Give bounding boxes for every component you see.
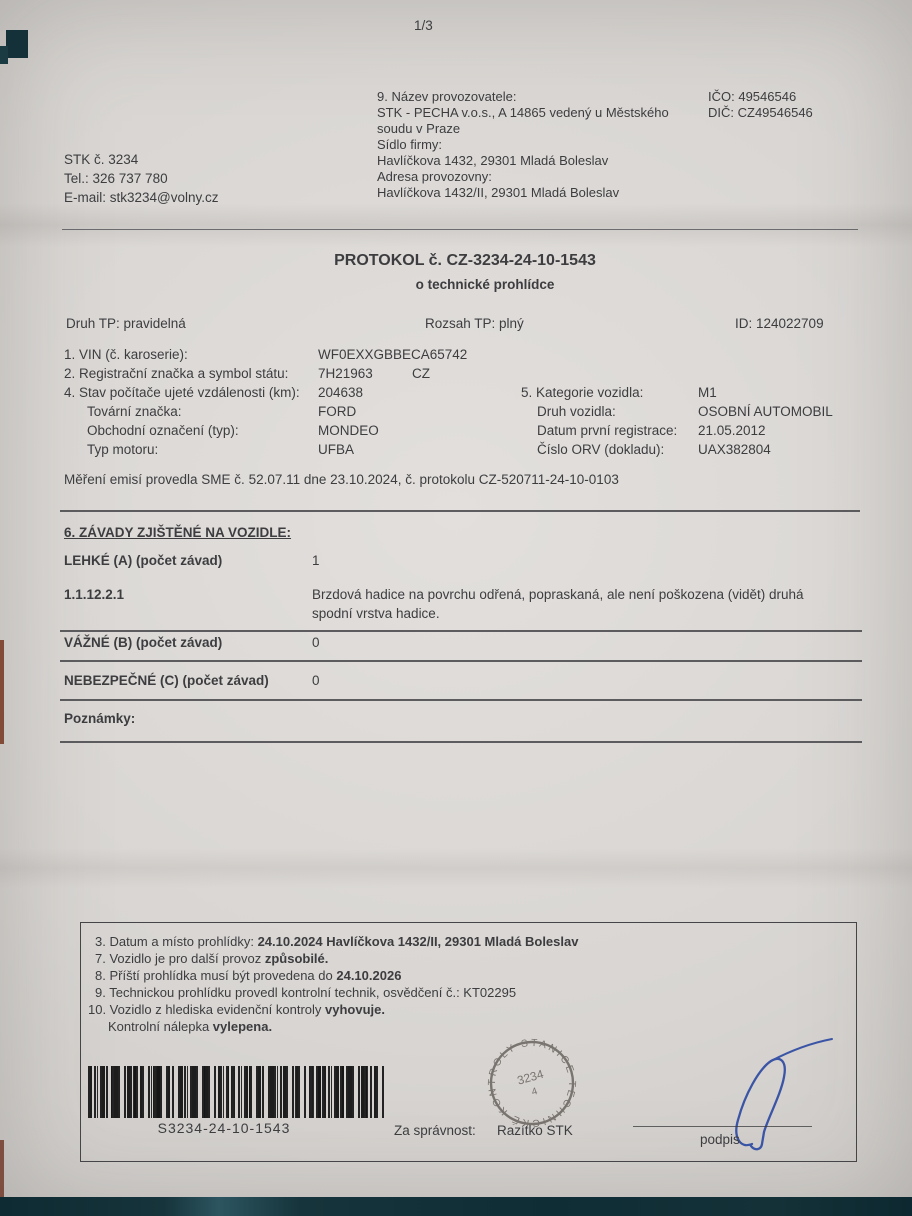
defect-description-line2: spodní vrstva hadice. [312, 605, 440, 622]
divider-after-vazne [60, 660, 862, 662]
poznamky-label: Poznámky: [64, 710, 135, 727]
meta-rozsah-tp: Rozsah TP: plný [425, 315, 524, 332]
conclusion-item-3: 3. Datum a místo prohlídky: 24.10.2024 H… [95, 933, 578, 950]
defects-lehke-count: 1 [312, 552, 320, 569]
vehicle-row-value: WF0EXXGBBECA65742 [318, 346, 467, 363]
operator-name-line1: STK - PECHA v.o.s., A 14865 vedený u Měs… [377, 105, 669, 122]
station-email: E-mail: stk3234@volny.cz [64, 189, 219, 208]
operator-sidlo-label: Sídlo firmy: [377, 137, 442, 154]
conclusion-item-7: 7. Vozidlo je pro další provoz způsobilé… [95, 950, 328, 967]
vehicle-row-value: OSOBNÍ AUTOMOBIL [698, 403, 833, 420]
conclusion-item-9: 9. Technickou prohlídku provedl kontroln… [95, 984, 516, 1001]
vehicle-row-value: 204638 [318, 384, 363, 401]
divider-header [62, 229, 858, 230]
defect-description-line1: Brzdová hadice na povrchu odřená, popras… [312, 586, 804, 603]
vehicle-row-label: Obchodní označení (typ): [87, 422, 239, 439]
protocol-subtitle: o technické prohlídce [0, 276, 912, 293]
photo-bottom-dark-bar [0, 1197, 912, 1216]
photo-edge-red-sliver-lower [0, 1140, 4, 1198]
vehicle-row-value: UFBA [318, 441, 354, 458]
operator-dic: DIČ: CZ49546546 [708, 105, 813, 122]
conclusion-sticker-label: Kontrolní nálepka [108, 1019, 213, 1034]
emissions-note: Měření emisí provedla SME č. 52.07.11 dn… [64, 471, 619, 488]
defects-vazne-count: 0 [312, 634, 320, 651]
vehicle-reg-state: CZ [412, 365, 430, 382]
conclusion-sticker-value: vylepena. [213, 1019, 272, 1034]
defects-header: 6. ZÁVADY ZJIŠTĚNÉ NA VOZIDLE: [64, 524, 291, 541]
conclusion-item-10-label: 10. Vozidlo z hlediska evidenční kontrol… [88, 1002, 325, 1017]
conclusion-item-10: 10. Vozidlo z hlediska evidenční kontrol… [88, 1001, 385, 1018]
operator-provozovna-label: Adresa provozovny: [377, 169, 492, 186]
meta-protocol-id: ID: 124022709 [735, 315, 824, 332]
stamp-number: 3234 [516, 1067, 546, 1088]
vehicle-row-label: 1. VIN (č. karoserie): [64, 346, 188, 363]
conclusion-item-10-value: vyhovuje. [325, 1002, 385, 1017]
operator-label: 9. Název provozovatele: [377, 89, 516, 106]
defects-nebezpecne-count: 0 [312, 672, 320, 689]
conclusion-item-8: 8. Příští prohlídka musí být provedena d… [95, 967, 401, 984]
divider-after-lehke [60, 630, 862, 632]
conclusion-item-10b: Kontrolní nálepka vylepena. [108, 1018, 272, 1035]
vehicle-row-label: 2. Registrační značka a symbol státu: [64, 365, 288, 382]
conclusion-item-7-label: 7. Vozidlo je pro další provoz [95, 951, 265, 966]
vehicle-row-value: FORD [318, 403, 356, 420]
podpis-label: podpis [700, 1131, 740, 1148]
za-spravnost-label: Za správnost: [394, 1122, 476, 1139]
operator-provozovna-value: Havlíčkova 1432/II, 29301 Mladá Boleslav [377, 185, 619, 202]
scanned-protocol-page: 1/3 STK č. 3234 Tel.: 326 737 780 E-mail… [0, 0, 912, 1216]
vehicle-row-label: 4. Stav počítače ujeté vzdálenosti (km): [64, 384, 300, 401]
conclusion-item-3-label: 3. Datum a místo prohlídky: [95, 934, 258, 949]
signature-stroke [656, 1036, 838, 1152]
defects-vazne-label: VÁŽNÉ (B) (počet závad) [64, 634, 222, 651]
conclusion-item-8-label: 8. Příští prohlídka musí být provedena d… [95, 968, 336, 983]
vehicle-row-label: Číslo ORV (dokladu): [537, 441, 664, 458]
conclusion-item-3-value: 24.10.2024 Havlíčkova 1432/II, 29301 Mla… [258, 934, 579, 949]
conclusion-item-8-value: 24.10.2026 [336, 968, 401, 983]
defect-code: 1.1.12.2.1 [64, 586, 124, 603]
photo-corner-dark-square [6, 30, 28, 58]
vehicle-row-value: M1 [698, 384, 717, 401]
signature-line [633, 1126, 812, 1127]
divider-defects-top [60, 510, 860, 512]
barcode [88, 1066, 384, 1118]
operator-sidlo-value: Havlíčkova 1432, 29301 Mladá Boleslav [377, 153, 608, 170]
station-stk-number: STK č. 3234 [64, 151, 138, 170]
operator-ico: IČO: 49546546 [708, 89, 796, 106]
barcode-label: S3234-24-10-1543 [104, 1120, 344, 1137]
page-number: 1/3 [414, 17, 433, 34]
crease-shadow-top [0, 203, 912, 247]
protocol-title: PROTOKOL č. CZ-3234-24-10-1543 [0, 252, 912, 269]
vehicle-row-label: Datum první registrace: [537, 422, 677, 439]
meta-druh-tp: Druh TP: pravidelná [66, 315, 186, 332]
stamp-sub-number: 4 [530, 1086, 539, 1098]
vehicle-row-label: Typ motoru: [87, 441, 158, 458]
operator-name-line2: soudu v Praze [377, 121, 460, 138]
divider-after-nebezpecne [60, 699, 862, 701]
vehicle-row-label: Druh vozidla: [537, 403, 616, 420]
vehicle-row-value: UAX382804 [698, 441, 771, 458]
vehicle-row-value: MONDEO [318, 422, 379, 439]
vehicle-row-value: 21.05.2012 [698, 422, 766, 439]
vehicle-row-label: 5. Kategorie vozidla: [521, 384, 643, 401]
vehicle-row-label: Tovární značka: [87, 403, 182, 420]
crease-shadow-middle [0, 848, 912, 888]
photo-corner-dark-square-small [0, 46, 8, 64]
vehicle-row-value: 7H21963 [318, 365, 373, 382]
conclusion-item-7-value: způsobilé. [265, 951, 329, 966]
defects-nebezpecne-label: NEBEZPEČNÉ (C) (počet závad) [64, 672, 269, 689]
divider-after-poznamky [60, 741, 862, 743]
station-phone: Tel.: 326 737 780 [64, 170, 168, 189]
defects-lehke-label: LEHKÉ (A) (počet závad) [64, 552, 222, 569]
photo-edge-red-sliver-upper [0, 640, 4, 744]
